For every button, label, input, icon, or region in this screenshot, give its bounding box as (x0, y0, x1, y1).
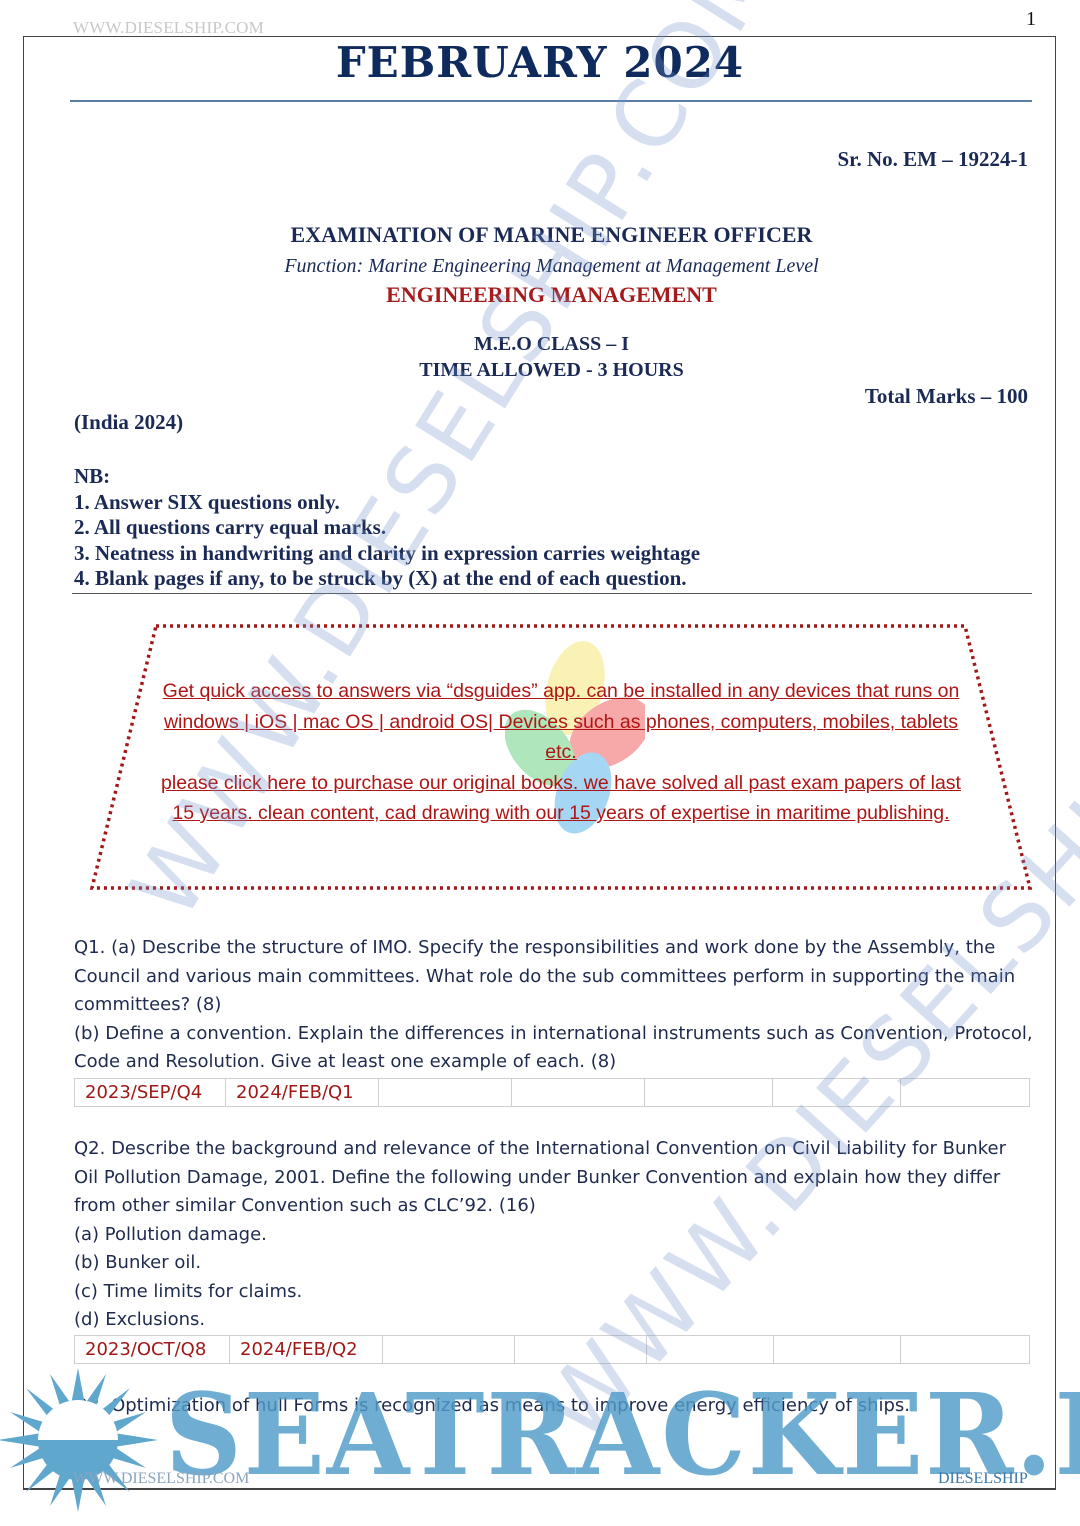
promo-text: Get quick access to answers via “dsguide… (150, 676, 972, 829)
question-subpart: (b) Bunker oil. (74, 1249, 1034, 1278)
instruction-item: 2. All questions carry equal marks. (74, 515, 700, 541)
reference-cell (379, 1079, 512, 1107)
question-text: Q2. Describe the background and relevanc… (74, 1135, 1034, 1221)
exam-function: Function: Marine Engineering Management … (0, 255, 1080, 278)
question-subpart: (d) Exclusions. (74, 1306, 1034, 1335)
page-title: FEBRUARY 2024 (0, 38, 1080, 87)
reference-cell (383, 1336, 515, 1364)
exam-title: EXAMINATION OF MARINE ENGINEER OFFICER (0, 222, 1080, 248)
question-1: Q1. (a) Describe the structure of IMO. S… (74, 934, 1034, 1077)
question-text: Q3. Optimization of hull Forms is recogn… (74, 1392, 1034, 1421)
instruction-item: 1. Answer SIX questions only. (74, 490, 700, 516)
question-subpart: (c) Time limits for claims. (74, 1278, 1034, 1307)
time-allowed: TIME ALLOWED - 3 HOURS (0, 359, 1080, 382)
reference-cell (773, 1079, 901, 1107)
reference-cell (645, 1079, 773, 1107)
instruction-item: 4. Blank pages if any, to be struck by (… (74, 566, 700, 592)
question-subpart: (a) Pollution damage. (74, 1221, 1034, 1250)
reference-cell (515, 1336, 647, 1364)
exam-class: M.E.O CLASS – I (0, 333, 1080, 356)
reference-cell (901, 1079, 1030, 1107)
exam-region: (India 2024) (74, 410, 183, 435)
instruction-item: 3. Neatness in handwriting and clarity i… (74, 541, 700, 567)
question-3: Q3. Optimization of hull Forms is recogn… (74, 1392, 1034, 1421)
footer-site-watermark: WWW.DIESELSHIP.COM (73, 1470, 249, 1488)
header-site-watermark: WWW.DIESELSHIP.COM (73, 18, 264, 38)
question-1-references: 2023/SEP/Q4 2024/FEB/Q1 (74, 1078, 1030, 1107)
reference-cell: 2024/FEB/Q2 (230, 1336, 383, 1364)
total-marks: Total Marks – 100 (865, 384, 1028, 409)
reference-cell (901, 1336, 1030, 1364)
reference-cell: 2023/SEP/Q4 (75, 1079, 226, 1107)
exam-subject: ENGINEERING MANAGEMENT (0, 282, 1080, 308)
reference-cell: 2023/OCT/Q8 (75, 1336, 230, 1364)
footer-brand: DIESELSHIP (938, 1470, 1028, 1488)
purchase-books-link[interactable]: please click here to purchase our origin… (161, 772, 961, 825)
question-2: Q2. Describe the background and relevanc… (74, 1135, 1034, 1335)
instructions-heading: NB: (74, 464, 700, 490)
serial-number: Sr. No. EM – 19224-1 (837, 147, 1028, 172)
title-divider (70, 100, 1032, 102)
question-2-references: 2023/OCT/Q8 2024/FEB/Q2 (74, 1335, 1030, 1364)
instructions-divider (72, 593, 1032, 594)
reference-cell (512, 1079, 645, 1107)
reference-cell (647, 1336, 774, 1364)
dsguides-app-link[interactable]: Get quick access to answers via “dsguide… (163, 680, 960, 763)
reference-cell: 2024/FEB/Q1 (226, 1079, 379, 1107)
reference-cell (774, 1336, 901, 1364)
page-number: 1 (1026, 8, 1036, 31)
instructions: NB: 1. Answer SIX questions only. 2. All… (74, 464, 700, 592)
question-text: Q1. (a) Describe the structure of IMO. S… (74, 934, 1034, 1020)
question-text: (b) Define a convention. Explain the dif… (74, 1020, 1034, 1077)
